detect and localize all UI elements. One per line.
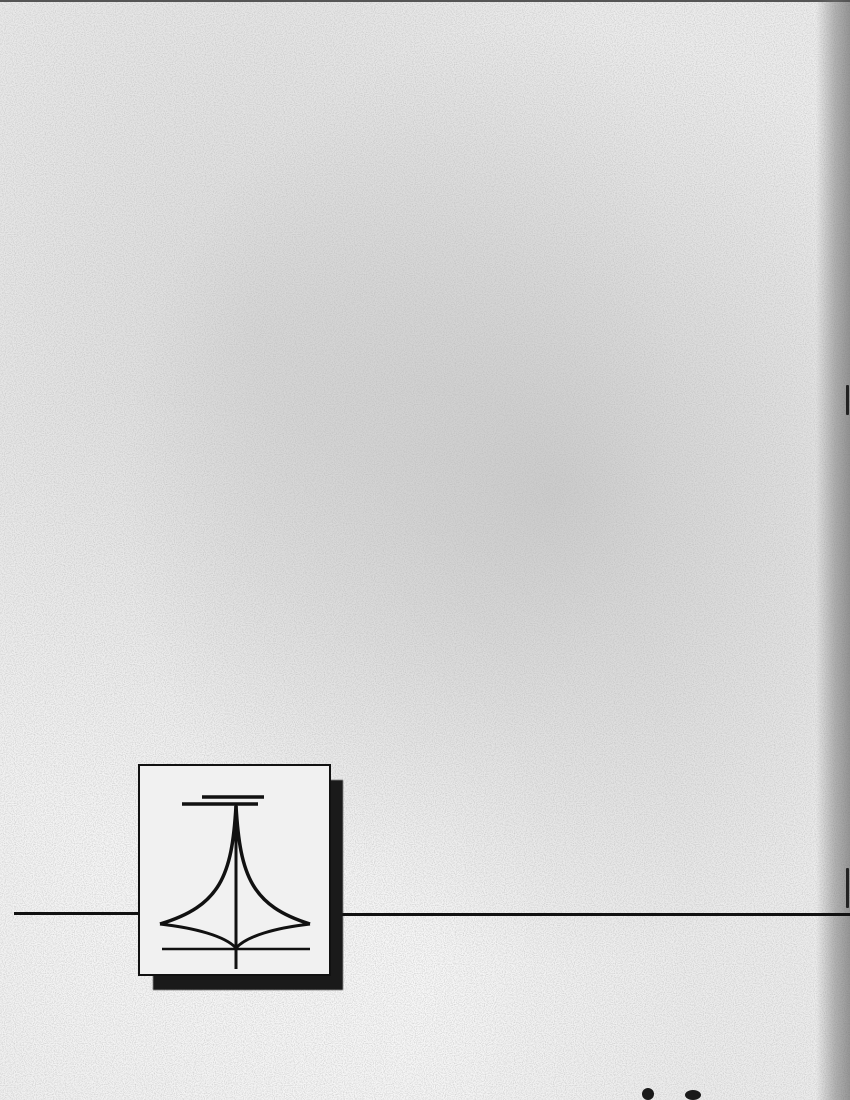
horizontal-rule-left bbox=[14, 912, 140, 915]
ink-speck bbox=[642, 1088, 654, 1100]
top-edge bbox=[0, 0, 850, 2]
book-cover bbox=[0, 0, 850, 1100]
spine-mark bbox=[846, 385, 849, 415]
ink-speck bbox=[685, 1090, 701, 1100]
spine-shading bbox=[816, 0, 850, 1100]
emblem-box bbox=[138, 764, 331, 976]
astroid-cusp-emblem-icon bbox=[140, 766, 329, 974]
spine-mark bbox=[846, 868, 849, 908]
paper-texture bbox=[0, 0, 850, 1100]
horizontal-rule-right bbox=[330, 913, 850, 916]
